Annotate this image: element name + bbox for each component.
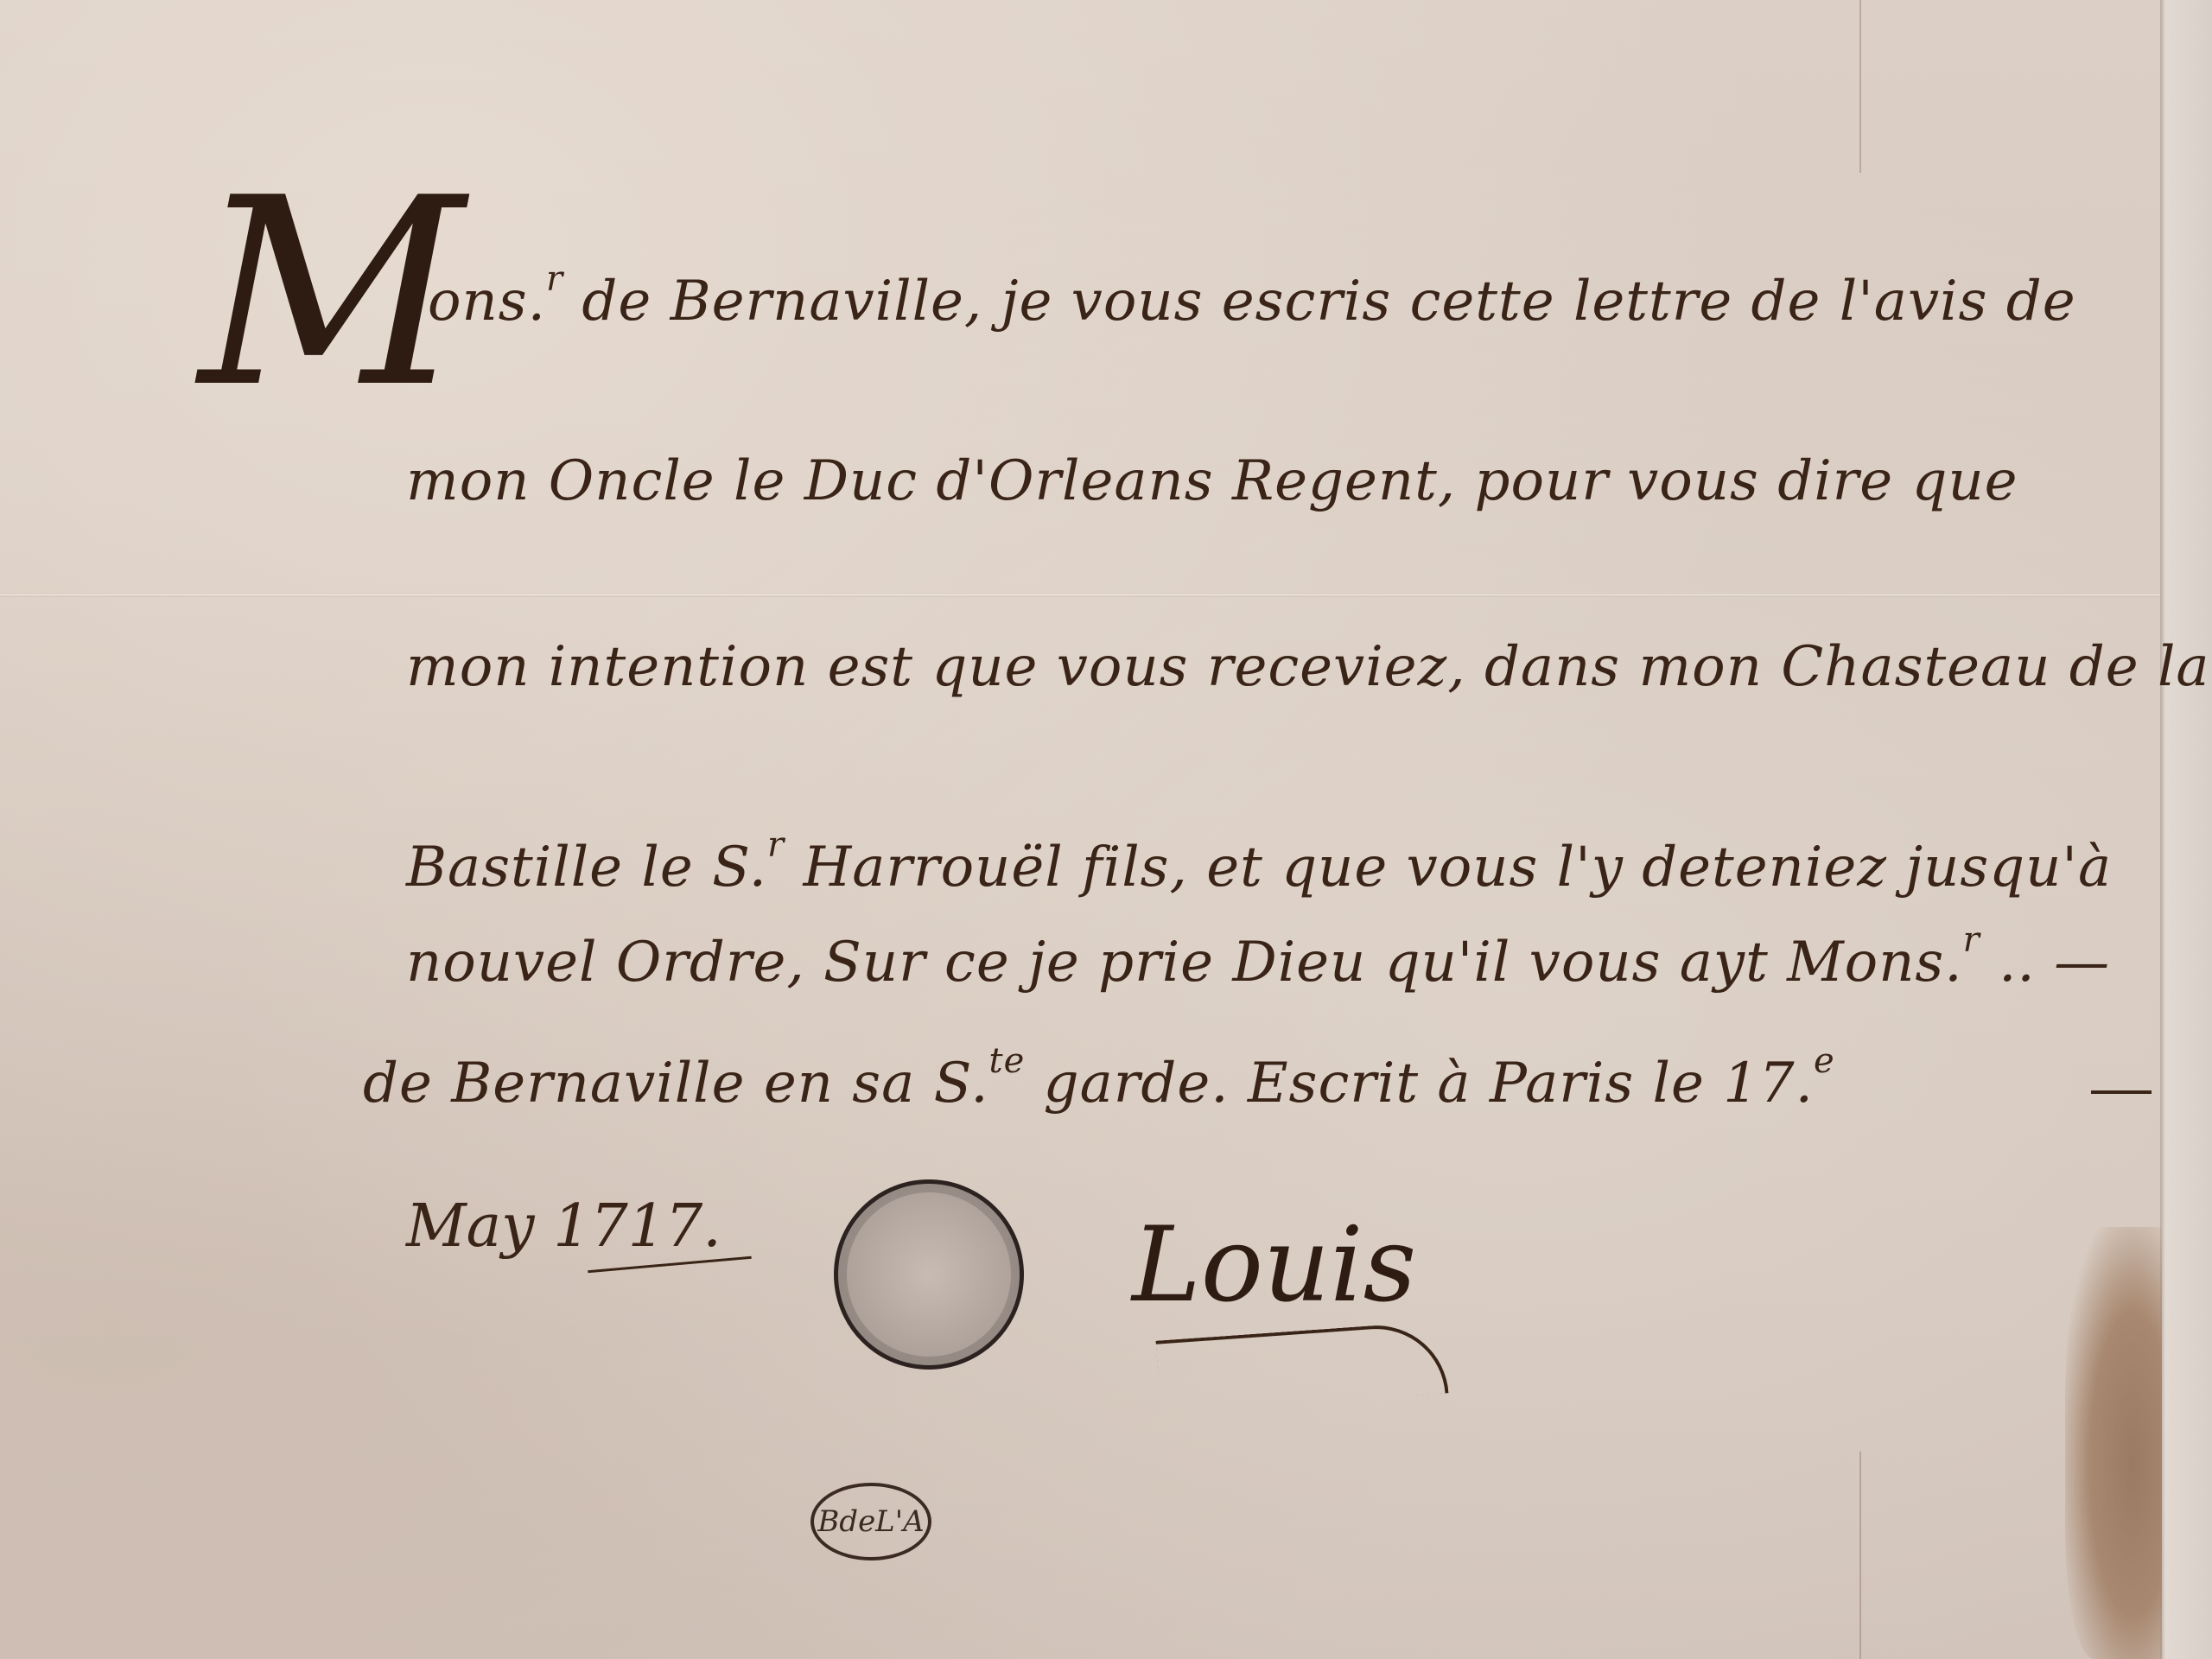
letter-line-3: mon intention est que vous receviez, dan… [406, 635, 2210, 699]
line-end-dash [2091, 1090, 2152, 1094]
drop-capital: M [199, 164, 464, 423]
seal-stamp [834, 1179, 1024, 1370]
letter-body: M ons.r de Bernaville, je vous escris ce… [0, 0, 2160, 1659]
letter-line-1: ons.r de Bernaville, je vous escris cett… [428, 259, 2076, 334]
letter-line-5: nouvel Ordre, Sur ce je prie Dieu qu'il … [406, 920, 2110, 995]
letter-line-6: de Bernaville en sa S.te garde. Escrit à… [363, 1041, 1835, 1116]
library-stamp: BdeL'A [810, 1483, 931, 1560]
signature: Louis [1132, 1205, 1416, 1325]
letter-line-4: Bastille le S.r Harrouël fils, et que vo… [406, 825, 2112, 899]
letter-line-2: mon Oncle le Duc d'Orleans Regent, pour … [406, 449, 2018, 513]
paper-edge [2160, 0, 2212, 1659]
signature-flourish [1155, 1320, 1448, 1413]
letter-date: May 1717. [406, 1192, 721, 1261]
